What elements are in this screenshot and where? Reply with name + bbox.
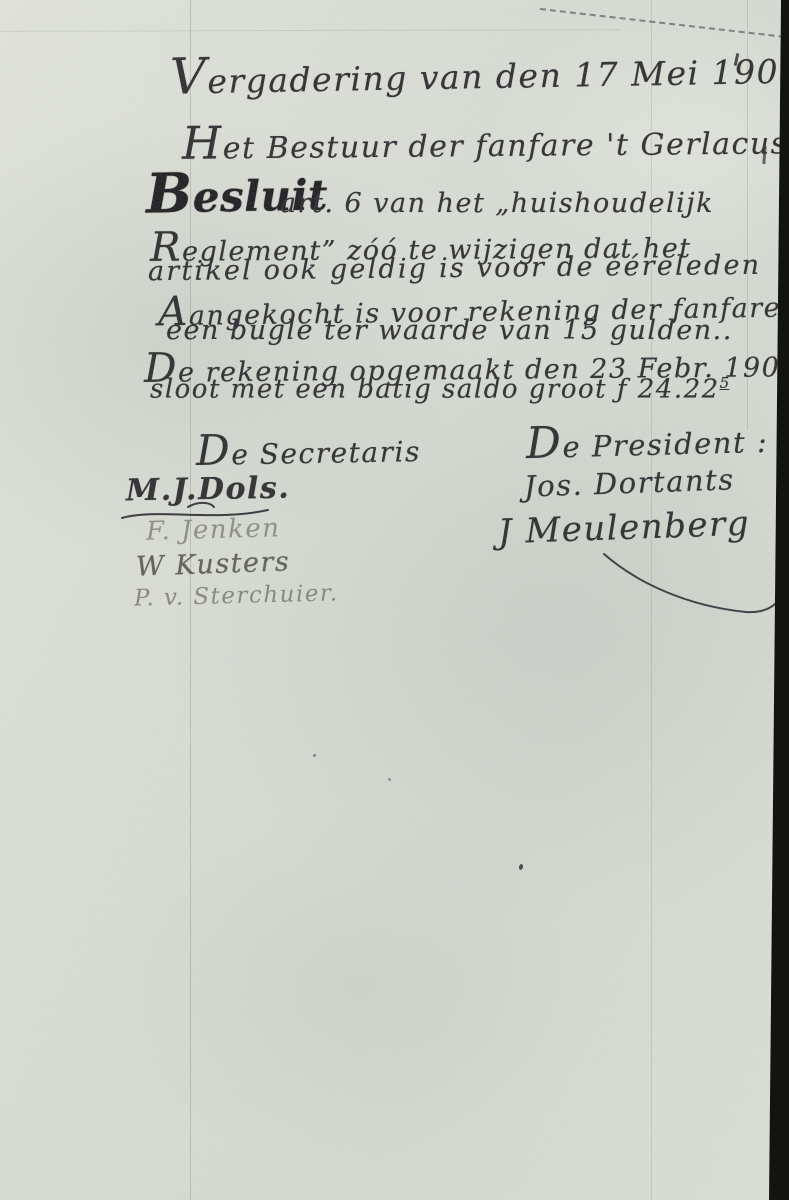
document-page: Vergadering van den 17 Mei 1908. Het Bes… — [0, 0, 789, 1200]
secretary-title: De Secretaris — [196, 422, 422, 475]
account-line-2: sloot met een batig saldo groot ƒ 24.225 — [150, 374, 729, 405]
signature-secretary-dols: M.J.Dols. — [126, 471, 291, 509]
meulenberg-underline-swash — [596, 548, 786, 628]
ink-speck — [388, 778, 391, 781]
signature-kusters: W Kusters — [136, 546, 291, 582]
account-line-2-text: sloot met een batig saldo groot ƒ 24.22 — [150, 375, 720, 405]
signature-jenken: F. Jenken — [146, 513, 281, 547]
ink-speck — [518, 864, 523, 871]
scanned-document-view: Vergadering van den 17 Mei 1908. Het Bes… — [0, 0, 789, 1200]
paper-grain-texture — [0, 0, 789, 1200]
fold-line-middle — [651, 0, 652, 1200]
saldo-superscript: 5 — [720, 374, 730, 392]
signature-sterchuier: P. v. Sterchuier. — [134, 580, 339, 611]
meeting-date-heading: Vergadering van den 17 Mei 1908. — [170, 36, 789, 105]
decision-line-1: art. 6 van het „huishoudelijk — [280, 188, 714, 219]
signature-president-dortants: Jos. Dortants — [523, 462, 735, 503]
horizontal-crease — [0, 29, 620, 32]
signature-meulenberg: J Meulenberg — [497, 504, 750, 553]
ink-speck — [313, 754, 316, 757]
president-title: De President : — [525, 413, 768, 469]
